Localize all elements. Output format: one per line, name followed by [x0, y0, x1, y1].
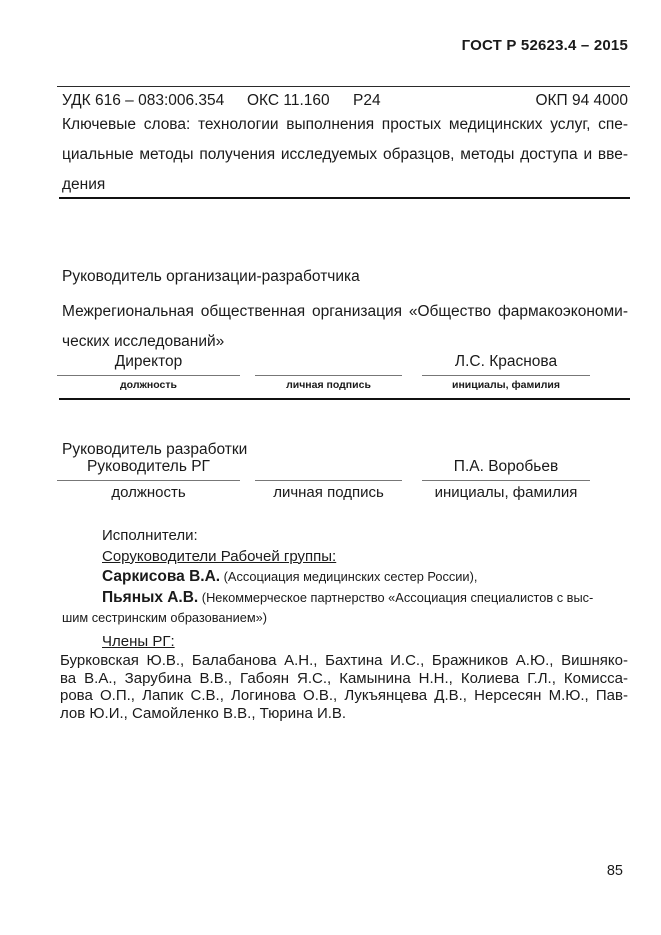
signature-label: личная подпись — [255, 376, 402, 391]
group-code: Р24 — [353, 92, 381, 110]
divider-developer-bottom — [59, 398, 630, 400]
position-value: Руководитель РГ — [57, 458, 240, 481]
developer-section-title: Руководитель организации-разработчика — [62, 268, 360, 286]
co-lead-affiliation: (Ассоциация медицинских сестер России), — [220, 569, 477, 584]
udk-code: УДК 616 – 083:006.354 — [62, 92, 224, 110]
signature-position-column: Директор должность — [57, 353, 240, 391]
signature-value — [255, 353, 402, 376]
page-number: 85 — [607, 863, 623, 879]
co-lead-item: Пьяных А.В. (Некоммерческое партнерство … — [62, 588, 628, 609]
co-lead-item: Саркисова В.А. (Ассоциация медицинских с… — [62, 567, 628, 588]
signature-value — [255, 458, 402, 481]
name-label: инициалы, фамилия — [422, 376, 590, 391]
standard-number: ГОСТ Р 52623.4 – 2015 — [462, 37, 628, 54]
members-line: Бурковская Ю.В., Балабанова А.Н., Бахтин… — [60, 652, 628, 670]
keywords-paragraph: Ключевые слова: технологии выполнения пр… — [62, 110, 628, 200]
members-title: Члены РГ: — [102, 633, 175, 650]
position-label: должность — [57, 376, 240, 391]
developer-organization: Межрегиональная общественная организация… — [62, 297, 628, 357]
signature-sign-column: личная подпись — [255, 458, 402, 501]
executors-subtitle: Соруководители Рабочей группы: — [102, 548, 336, 565]
signature-position-column: Руководитель РГ должность — [57, 458, 240, 501]
co-lead-affiliation: (Некоммерческое партнерство «Ассоциация … — [198, 590, 593, 605]
organization-line: Межрегиональная общественная организация… — [62, 297, 628, 327]
lead-section-title: Руководитель разработки — [62, 441, 247, 459]
members-line: лов Ю.И., Самойленко В.В., Тюрина И.В. — [60, 705, 628, 723]
members-line: рова О.П., Лапик С.В., Логинова О.В., Лу… — [60, 687, 628, 705]
classification-row: УДК 616 – 083:006.354 ОКС 11.160 Р24 ОКП… — [60, 92, 628, 112]
co-lead-name: Пьяных А.В. — [102, 589, 198, 606]
okp-code: ОКП 94 4000 — [535, 92, 628, 110]
members-paragraph: Бурковская Ю.В., Балабанова А.Н., Бахтин… — [60, 652, 628, 722]
keywords-line: дения — [62, 170, 628, 200]
position-value: Директор — [57, 353, 240, 376]
co-lead-name: Саркисова В.А. — [102, 568, 220, 585]
members-line: ва В.А., Зарубина В.В., Габоян Я.С., Кам… — [60, 670, 628, 688]
keywords-line: циальные методы получения исследуемых об… — [62, 140, 628, 170]
divider-keywords-bottom — [59, 197, 630, 199]
document-page: ГОСТ Р 52623.4 – 2015 УДК 616 – 083:006.… — [0, 0, 661, 935]
co-lead-affiliation-continuation: шим сестринским образованием») — [62, 608, 628, 629]
signature-sign-column: личная подпись — [255, 353, 402, 391]
executors-block: Исполнители: Соруководители Рабочей груп… — [62, 526, 628, 629]
signature-label: личная подпись — [255, 481, 402, 501]
oks-code: ОКС 11.160 — [247, 92, 330, 110]
signature-name-column: Л.С. Краснова инициалы, фамилия — [422, 353, 590, 391]
name-value: П.А. Воробьев — [422, 458, 590, 481]
keywords-line: Ключевые слова: технологии выполнения пр… — [62, 110, 628, 140]
position-label: должность — [57, 481, 240, 501]
signature-name-column: П.А. Воробьев инициалы, фамилия — [422, 458, 590, 501]
divider-top — [57, 86, 630, 87]
name-label: инициалы, фамилия — [422, 481, 590, 501]
name-value: Л.С. Краснова — [422, 353, 590, 376]
executors-title: Исполнители: — [62, 526, 628, 547]
